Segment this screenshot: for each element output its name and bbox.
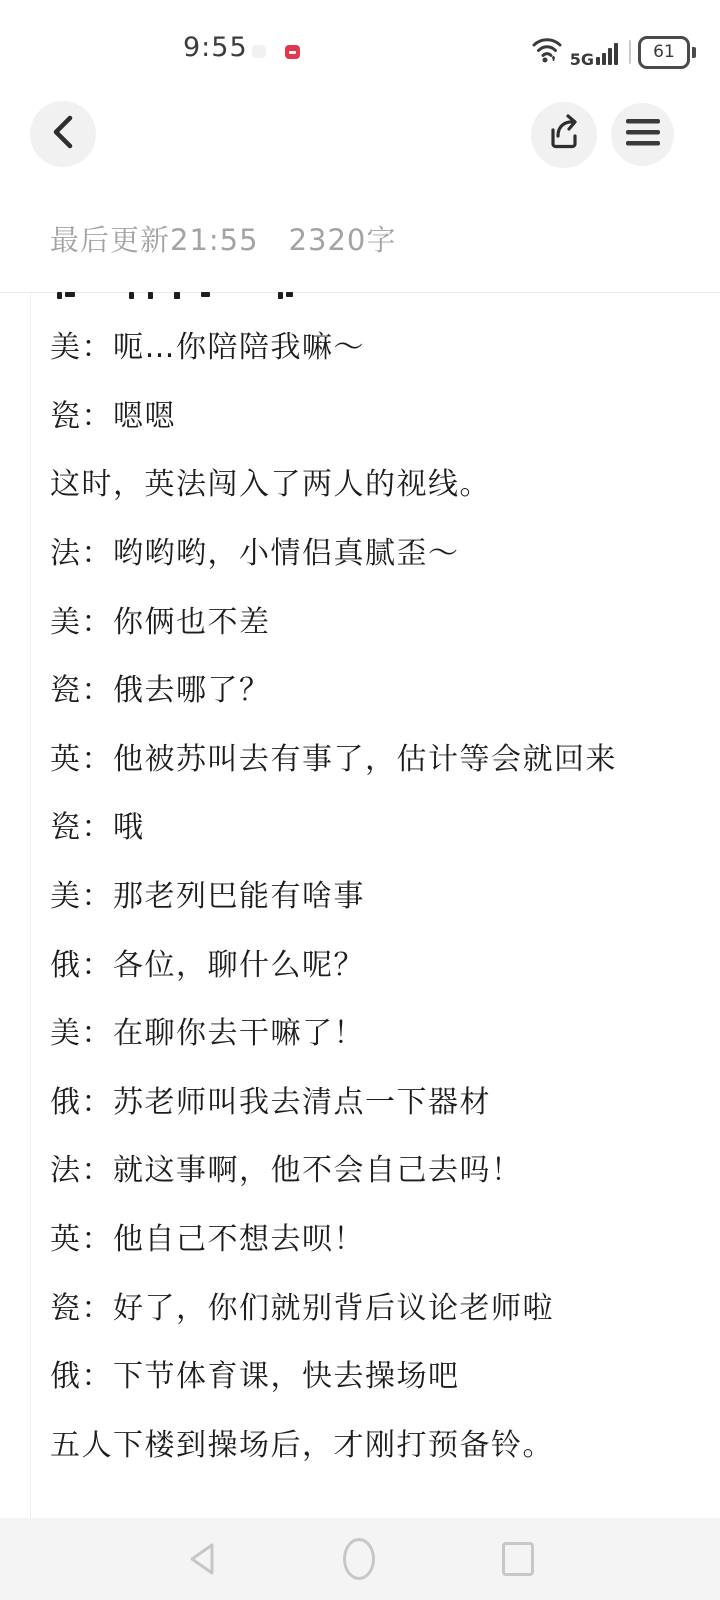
signal-bars-icon: 5G	[570, 37, 622, 67]
text-line: 美：那老列巴能有啥事	[50, 859, 680, 928]
android-nav-bar	[0, 1518, 720, 1600]
text-line: 瓷：俄去哪了？	[50, 653, 680, 722]
status-bar: 9:55 5G 61	[0, 0, 720, 76]
text-line: 五人下楼到操场后，才刚打预备铃。	[50, 1408, 680, 1477]
circle-home-icon[interactable]	[341, 1537, 377, 1581]
menu-button[interactable]	[611, 103, 674, 166]
red-notification-badge	[285, 45, 300, 59]
share-icon	[545, 114, 583, 156]
chevron-left-icon	[50, 114, 76, 154]
status-indicators: 5G 61	[531, 34, 696, 70]
network-type-label: 5G	[570, 53, 594, 67]
text-line: 法：哟哟哟，小情侣真腻歪～	[50, 516, 680, 585]
text-line: 瓷：好了，你们就别背后议论老师啦	[50, 1270, 680, 1339]
text-line: 美：在聊你去干嘛了！	[50, 996, 680, 1065]
text-line: 瓷：嗯嗯	[50, 379, 680, 448]
text-line: 俄：下节体育课，快去操场吧	[50, 1339, 680, 1408]
last-updated-label: 最后更新21:55	[50, 218, 259, 259]
battery-icon: 61	[638, 36, 696, 69]
hamburger-menu-icon	[626, 119, 660, 151]
status-divider	[629, 40, 631, 64]
faint-notification-icon	[252, 45, 266, 58]
text-line: 瓷：哦	[50, 790, 680, 859]
document-body[interactable]: 美：呃…你陪陪我嘛～ 瓷：嗯嗯 这时，英法闯入了两人的视线。 法：哟哟哟，小情侣…	[0, 294, 720, 1518]
triangle-back-icon[interactable]	[185, 1540, 217, 1578]
word-count-label: 2320字	[289, 218, 397, 259]
text-line: 英：他自己不想去呗！	[50, 1202, 680, 1271]
battery-percent: 61	[638, 36, 690, 69]
text-line: 俄：苏老师叫我去清点一下器材	[50, 1065, 680, 1134]
wifi-icon	[531, 35, 563, 69]
text-line: 英：他被苏叫去有事了，估计等会就回来	[50, 722, 680, 791]
text-line: 法：就这事啊，他不会自己去吗！	[50, 1133, 680, 1202]
doc-meta: 最后更新21:55 2320字	[50, 218, 396, 259]
battery-nub	[692, 47, 696, 58]
text-line: 俄：各位，聊什么呢？	[50, 927, 680, 996]
text-line: 美：你俩也不差	[50, 584, 680, 653]
share-button[interactable]	[531, 102, 597, 168]
back-button[interactable]	[30, 101, 96, 167]
square-recents-icon[interactable]	[501, 1541, 535, 1577]
clock-time: 9:55	[183, 32, 248, 63]
text-line: 这时，英法闯入了两人的视线。	[50, 447, 680, 516]
text-line: 美：呃…你陪陪我嘛～	[50, 310, 680, 379]
